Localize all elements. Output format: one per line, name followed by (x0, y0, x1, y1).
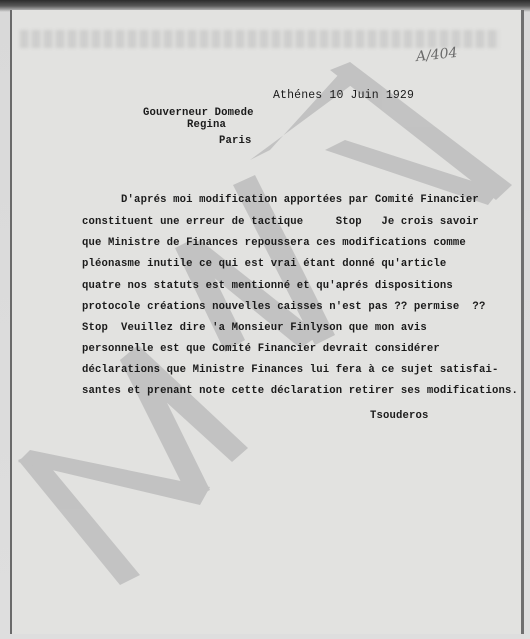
body-line: pléonasme inutile ce qui est vrai étant … (82, 258, 446, 270)
body-line: personnelle est que Comité Financier dev… (82, 343, 440, 355)
body-line: déclarations que Ministre Finances lui f… (82, 364, 498, 376)
recipient-city: Paris (219, 135, 252, 147)
body-line: Stop Veuillez dire 'a Monsieur Finlyson … (82, 322, 427, 334)
scanned-document: A/404 Athénes 10 Juin 1929 Gouverneur Do… (0, 0, 530, 639)
body-line: que Ministre de Finances repoussera ces … (82, 237, 466, 249)
signature: Tsouderos (370, 410, 429, 422)
recipient-institution: Regina (187, 119, 226, 131)
date-line: Athénes 10 Juin 1929 (273, 89, 414, 102)
recipient-name: Gouverneur Domede (143, 107, 254, 119)
body-line: protocole créations nouvelles caisses n'… (82, 301, 485, 313)
body-line: D'aprés moi modification apportées par C… (82, 194, 479, 206)
body-line: quatre nos statuts est mentionné et qu'a… (82, 280, 453, 292)
bleed-through-text (20, 30, 500, 48)
body-line: constituent une erreur de tactique Stop … (82, 216, 479, 228)
body-line: santes et prenant note cette déclaration… (82, 385, 518, 397)
